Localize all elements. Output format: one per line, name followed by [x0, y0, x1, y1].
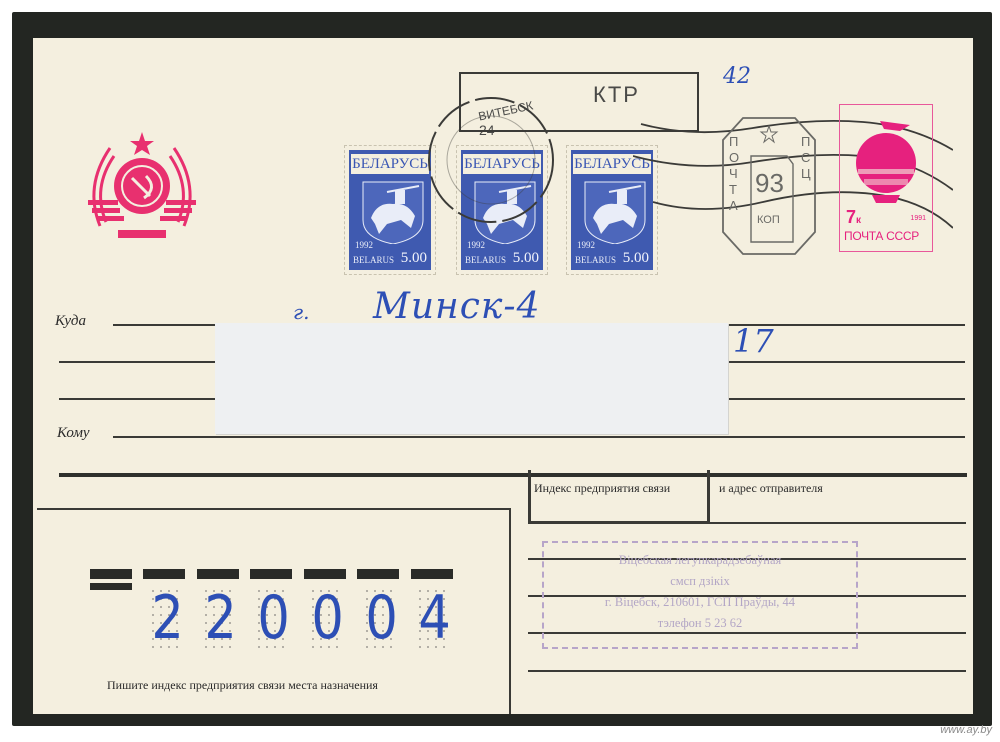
index-bar [357, 569, 399, 579]
index-bar [90, 569, 132, 579]
printed-indicia: 7к 1991 ПОЧТА СССР [839, 104, 933, 252]
index-digit: 4 [416, 587, 448, 649]
address-line [113, 436, 965, 438]
label-to-where: Куда [55, 313, 86, 330]
redaction-paper-patch [215, 323, 728, 434]
separator-line [59, 473, 967, 477]
sender-index-label: Индекс предприятия связи [534, 481, 670, 496]
sender-address-label: и адрес отправителя [719, 481, 823, 496]
sender-line [710, 522, 966, 524]
index-bar [250, 569, 292, 579]
handwritten-house-number: 17 [733, 322, 774, 360]
indicia-year: 1991 [910, 215, 926, 222]
indicia-value: 7 [846, 207, 856, 227]
handwritten-city: Минск-4 [373, 286, 541, 327]
octagon-right-text: ПСЦ [801, 134, 813, 182]
index-digit: 0 [363, 587, 395, 649]
octagon-value: 93 [755, 168, 784, 199]
index-bar [90, 583, 132, 590]
postal-envelope: БЕЛАРУСЬ 1992 BELARUS 5.00 БЕЛАРУСЬ 1992… [33, 38, 973, 714]
sender-rubber-stamp: Віцебская легупкарадзебаўная смсп дзікіх… [542, 541, 858, 649]
knight-pahonia-icon [357, 180, 429, 244]
index-digit: 2 [149, 587, 181, 649]
index-instruction: Пишите индекс предприятия связи места на… [107, 678, 378, 693]
octagon-left-text: ПОЧТА [729, 134, 741, 214]
handwritten-corner-note: 42 [723, 64, 751, 89]
octagon-unit: КОП [757, 214, 780, 226]
index-bar [197, 569, 239, 579]
index-bar [411, 569, 453, 579]
watermark: www.ay.by [940, 724, 992, 736]
index-digit: 0 [255, 587, 287, 649]
globe-transport-icon [850, 113, 922, 205]
indicia-unit: к [856, 215, 861, 226]
index-bar [304, 569, 346, 579]
sender-index-box [528, 470, 710, 524]
index-digit: 2 [202, 587, 234, 649]
index-digit: 0 [309, 587, 341, 649]
ussr-coat-of-arms-icon [80, 126, 204, 251]
index-bar [143, 569, 185, 579]
handwritten-city-prefix: г. [293, 300, 309, 324]
sender-line [528, 670, 966, 672]
label-to-whom: Кому [57, 425, 90, 442]
indicia-name: ПОЧТА СССР [844, 229, 919, 243]
